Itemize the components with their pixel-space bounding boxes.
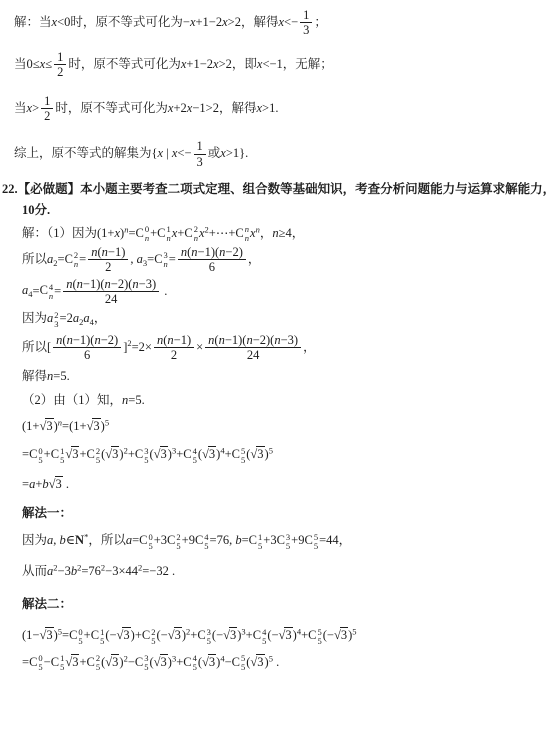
document-line: a4=C4n=n(n−1)(n−2)(n−3)24 . — [0, 277, 550, 307]
stack-subscript: n — [167, 234, 171, 243]
stack-subscript: 5 — [204, 542, 208, 551]
script-base: C — [232, 447, 240, 461]
math-variable: n — [181, 245, 187, 259]
stacked-scripts: 0n — [145, 225, 149, 243]
scripted-variable: a23 — [47, 311, 60, 325]
superscript: 3 — [172, 653, 176, 663]
binomial-coefficient: C35 — [135, 655, 150, 669]
math-variable: n — [167, 333, 173, 347]
math-variable: x — [168, 100, 174, 114]
math-variable: n — [122, 393, 128, 407]
math-variable: x — [27, 100, 33, 114]
stack-subscript: 3 — [54, 320, 58, 329]
script-base: C — [232, 655, 240, 669]
stack-subscript: 5 — [241, 456, 245, 465]
script-base: a — [47, 311, 53, 325]
fraction-denominator: 24 — [205, 348, 301, 362]
math-variable: b — [60, 533, 66, 547]
fraction: 12 — [41, 94, 53, 124]
superscript: 2 — [127, 338, 131, 348]
stack-subscript: 5 — [38, 456, 42, 465]
binomial-coefficient: C55 — [232, 447, 247, 461]
math-variable: n — [132, 277, 138, 291]
superscript: 2 — [205, 224, 209, 234]
script-base: C — [65, 252, 73, 266]
radicand: 3 — [71, 654, 79, 669]
document-line: (1+√3)n=(1+√3)5 — [0, 418, 550, 434]
superscript: n — [256, 224, 260, 234]
math-variable: n — [219, 245, 225, 259]
script-base: C — [29, 655, 37, 669]
stacked-scripts: 3n — [164, 251, 168, 269]
stack-subscript: 5 — [144, 456, 148, 465]
document-line: 解法二： — [0, 596, 550, 612]
superscript: 3 — [241, 627, 245, 637]
sqrt-expression: √3 — [49, 477, 63, 491]
binomial-coefficient: C05 — [139, 533, 154, 547]
sqrt-expression: √3 — [250, 447, 264, 461]
stacked-scripts: 45 — [193, 447, 197, 465]
document-line: 解：（1）因为(1+x)n=C0n+C1nx+C2nx2+⋯+Cnnxn，n≥4… — [0, 225, 550, 243]
math-variable: x — [220, 146, 226, 160]
stacked-scripts: 45 — [193, 654, 197, 672]
binomial-coefficient: C15 — [51, 447, 66, 461]
script-base: C — [249, 533, 257, 547]
radicand: 3 — [208, 446, 216, 461]
superscript: n — [58, 417, 62, 427]
math-variable: x — [257, 57, 263, 71]
binomial-coefficient: C45 — [183, 655, 198, 669]
stack-subscript: 5 — [60, 456, 64, 465]
binomial-coefficient: C05 — [69, 628, 84, 642]
fraction-denominator: 2 — [88, 260, 128, 274]
radicand: 3 — [111, 654, 119, 669]
superscript: 5 — [105, 417, 109, 427]
script-base: C — [167, 533, 175, 547]
stacked-scripts: 05 — [78, 628, 82, 646]
sqrt-expression: √3 — [334, 628, 348, 642]
math-variable: n — [56, 333, 62, 347]
stack-subscript: 5 — [176, 542, 180, 551]
sqrt-expression: √3 — [65, 655, 79, 669]
binomial-coefficient: C25 — [87, 655, 102, 669]
math-variable: x — [181, 57, 187, 71]
stacked-scripts: nn — [245, 225, 249, 243]
script-base: C — [157, 226, 165, 240]
script-base: C — [195, 533, 203, 547]
math-variable: x — [40, 57, 46, 71]
fraction-denominator: 2 — [41, 109, 53, 123]
superscript: 2 — [138, 562, 142, 572]
scripted-variable: b2 — [71, 564, 82, 578]
script-base: C — [183, 447, 191, 461]
stacked-scripts: 25 — [176, 533, 180, 551]
fraction-numerator: 1 — [41, 94, 53, 109]
radicand: 3 — [92, 418, 100, 433]
superscript: 3 — [172, 446, 176, 456]
stacked-scripts: 55 — [318, 628, 322, 646]
stacked-scripts: 25 — [151, 628, 155, 646]
stacked-scripts: 35 — [144, 654, 148, 672]
radicand: 3 — [229, 627, 237, 642]
radicand: 3 — [256, 446, 264, 461]
script-base: C — [304, 533, 312, 547]
math-variable: n — [208, 333, 214, 347]
binomial-coefficient: C35 — [197, 628, 212, 642]
script-base: C — [184, 226, 192, 240]
binomial-coefficient: C4n — [40, 283, 55, 297]
sqrt-expression: √3 — [279, 628, 293, 642]
fraction-denominator: 3 — [194, 155, 206, 169]
script-base: C — [91, 628, 99, 642]
stack-subscript: n — [245, 234, 249, 243]
superscript: 4 — [220, 653, 224, 663]
binomial-coefficient: C25 — [167, 533, 182, 547]
sqrt-expression: √3 — [39, 628, 53, 642]
script-base: C — [308, 628, 316, 642]
stack-subscript: 5 — [258, 542, 262, 551]
math-variable: x — [213, 57, 219, 71]
document-line: 从而a2−3b2=762−3×442=−32 . — [0, 563, 550, 579]
sqrt-expression: √3 — [87, 419, 101, 433]
fraction-numerator: 1 — [300, 8, 312, 23]
binomial-coefficient: C45 — [183, 447, 198, 461]
stacked-scripts: 15 — [258, 533, 262, 551]
document-line: 因为a, b∈N*，所以a=C05+3C25+9C45=76, b=C15+3C… — [0, 532, 550, 550]
radicand: 3 — [122, 627, 130, 642]
radicand: 3 — [160, 654, 168, 669]
stack-subscript: 5 — [193, 456, 197, 465]
script-base: C — [135, 447, 143, 461]
stack-subscript: 5 — [318, 637, 322, 646]
binomial-coefficient: C05 — [29, 447, 44, 461]
math-variable: n — [47, 369, 53, 383]
stack-subscript: 5 — [60, 663, 64, 672]
fraction-numerator: n(n−1)(n−2)(n−3) — [63, 277, 159, 292]
script-base: C — [87, 655, 95, 669]
superscript: 4 — [220, 446, 224, 456]
stacked-scripts: 05 — [38, 447, 42, 465]
fraction-denominator: 2 — [154, 348, 194, 362]
stack-subscript: 5 — [78, 637, 82, 646]
sqrt-expression: √3 — [117, 628, 131, 642]
subscript: 3 — [143, 258, 147, 268]
binomial-coefficient: C55 — [304, 533, 319, 547]
document-line: 10分. — [0, 202, 550, 218]
math-variable: x — [190, 15, 196, 29]
document-line: 当0≤x≤12时，原不等式可化为x+1−2x>2，即x<−1，无解； — [0, 50, 550, 80]
math-variable: x — [114, 226, 120, 240]
fraction: n(n−1)(n−2)6 — [53, 333, 121, 363]
fraction: n(n−1)(n−2)(n−3)24 — [63, 277, 159, 307]
binomial-coefficient: C3n — [154, 252, 169, 266]
sqrt-expression: √3 — [250, 655, 264, 669]
sqrt-expression: √3 — [105, 655, 119, 669]
math-variable: n — [102, 245, 108, 259]
stack-subscript: 5 — [100, 637, 104, 646]
stacked-scripts: 23 — [54, 311, 58, 329]
radicand: 3 — [284, 627, 292, 642]
binomial-coefficient: C15 — [249, 533, 264, 547]
document-line: 解：当x<0时，原不等式可化为−x+1−2x>2，解得x<−13； — [0, 8, 550, 38]
binomial-coefficient: C15 — [91, 628, 106, 642]
sqrt-expression: √3 — [39, 419, 53, 433]
stacked-scripts: 15 — [100, 628, 104, 646]
stacked-scripts: 05 — [38, 654, 42, 672]
scripted-variable: a2 — [73, 311, 84, 325]
document-line: 所以a2=C2n=n(n−1)2, a3=C3n=n(n−1)(n−2)6， — [0, 245, 550, 275]
math-variable: x — [52, 15, 58, 29]
radicand: 3 — [111, 446, 119, 461]
binomial-coefficient: C45 — [195, 533, 210, 547]
stack-subscript: 5 — [314, 542, 318, 551]
stack-subscript: 5 — [262, 637, 266, 646]
binomial-coefficient: C35 — [135, 447, 150, 461]
superscript: 5 — [269, 653, 273, 663]
sqrt-expression: √3 — [202, 655, 216, 669]
binomial-coefficient: Cnn — [235, 226, 250, 240]
radicand: 3 — [208, 654, 216, 669]
binomial-coefficient: C25 — [142, 628, 157, 642]
superscript: 2 — [186, 627, 190, 637]
stack-subscript: 5 — [96, 663, 100, 672]
scripted-variable: a3 — [137, 252, 148, 266]
binomial-coefficient: C2n — [65, 252, 80, 266]
superscript: 2 — [101, 562, 105, 572]
math-variable: x — [172, 146, 178, 160]
fraction-denominator: 6 — [178, 260, 246, 274]
document-line: (1−√3)5=C05+C15(−√3)+C25(−√3)2+C35(−√3)3… — [0, 627, 550, 645]
superscript: 2 — [53, 562, 57, 572]
script-base: C — [235, 226, 243, 240]
document-line: =C05+C15√3+C25(√3)2+C35(√3)3+C45(√3)4+C5… — [0, 446, 550, 464]
math-variable: x — [222, 15, 228, 29]
fraction: n(n−1)(n−2)6 — [178, 245, 246, 275]
stack-subscript: 5 — [286, 542, 290, 551]
scripted-variable: a2 — [47, 564, 58, 578]
stacked-scripts: 35 — [286, 533, 290, 551]
script-base: C — [40, 283, 48, 297]
stacked-scripts: 35 — [207, 628, 211, 646]
sqrt-expression: √3 — [168, 628, 182, 642]
subscript: 2 — [53, 258, 57, 268]
superscript: 2 — [124, 653, 128, 663]
script-base: C — [87, 447, 95, 461]
math-solution-document: 解：当x<0时，原不等式可化为−x+1−2x>2，解得x<−13；当0≤x≤12… — [0, 0, 554, 741]
binomial-coefficient: C1n — [157, 226, 172, 240]
radicand: 3 — [71, 446, 79, 461]
fraction-numerator: n(n−1)(n−2)(n−3) — [205, 333, 301, 348]
binomial-coefficient: C15 — [51, 655, 66, 669]
script-base: C — [183, 655, 191, 669]
stacked-scripts: 2n — [194, 225, 198, 243]
fraction-denominator: 2 — [54, 65, 66, 79]
stacked-scripts: 55 — [314, 533, 318, 551]
math-variable: x — [256, 100, 262, 114]
fraction: n(n−1)(n−2)(n−3)24 — [205, 333, 301, 363]
script-base: C — [69, 628, 77, 642]
superscript: * — [84, 532, 88, 542]
stack-subscript: 5 — [241, 663, 245, 672]
radicand: 3 — [45, 418, 53, 433]
stack-subscript: 5 — [148, 542, 152, 551]
superscript: 5 — [58, 627, 62, 637]
stack-subscript: n — [164, 260, 168, 269]
stacked-scripts: 55 — [241, 654, 245, 672]
document-line: =C05−C15√3+C25(√3)2−C35(√3)3+C45(√3)4−C5… — [0, 654, 550, 672]
fraction: n(n−1)2 — [88, 245, 128, 275]
binomial-coefficient: C0n — [136, 226, 151, 240]
sqrt-expression: √3 — [202, 447, 216, 461]
superscript: 5 — [352, 627, 356, 637]
math-variable: n — [91, 245, 97, 259]
fraction: n(n−1)2 — [154, 333, 194, 363]
script-base: C — [139, 533, 147, 547]
scripted-variable: a4 — [83, 311, 94, 325]
stack-subscript: 5 — [38, 663, 42, 672]
stacked-scripts: 4n — [49, 283, 53, 301]
stacked-scripts: 55 — [241, 447, 245, 465]
stacked-scripts: 45 — [262, 628, 266, 646]
math-variable: n — [58, 417, 62, 427]
binomial-coefficient: C2n — [184, 226, 199, 240]
math-variable: x — [158, 146, 164, 160]
sqrt-expression: √3 — [65, 447, 79, 461]
fraction: 13 — [194, 139, 206, 169]
stacked-scripts: 1n — [167, 225, 171, 243]
sqrt-expression: √3 — [154, 447, 168, 461]
math-variable: n — [66, 277, 72, 291]
sqrt-expression: √3 — [154, 655, 168, 669]
superscript: 5 — [269, 446, 273, 456]
scripted-variable: a4 — [22, 283, 33, 297]
document-line: 当x>12时，原不等式可化为x+2x−1>2，解得x>1. — [0, 94, 550, 124]
radicand: 3 — [174, 627, 182, 642]
document-line: 解得n=5. — [0, 368, 550, 384]
binomial-coefficient: C45 — [253, 628, 268, 642]
script-base: C — [51, 655, 59, 669]
subscript: 4 — [28, 289, 32, 299]
fraction-denominator: 24 — [63, 292, 159, 306]
sqrt-expression: √3 — [105, 447, 119, 461]
script-base: C — [253, 628, 261, 642]
stack-subscript: 5 — [207, 637, 211, 646]
stacked-scripts: 2n — [74, 251, 78, 269]
document-line: 22.【必做题】本小题主要考查二项式定理、组合数等基础知识，考查分析问题能力与运… — [0, 181, 550, 197]
sqrt-expression: √3 — [223, 628, 237, 642]
math-variable: n — [124, 224, 128, 234]
fraction-denominator: 6 — [53, 348, 121, 362]
radicand: 3 — [45, 627, 53, 642]
superscript: 4 — [297, 627, 301, 637]
math-variable: n — [67, 333, 73, 347]
script-base: C — [154, 252, 162, 266]
stacked-scripts: 35 — [144, 447, 148, 465]
fraction-numerator: n(n−1) — [154, 333, 194, 348]
stack-subscript: 5 — [193, 663, 197, 672]
math-variable: b — [235, 533, 241, 547]
script-base: C — [197, 628, 205, 642]
script-base: C — [29, 447, 37, 461]
document-line: 综上，原不等式的解集为{x | x<−13或x>1}. — [0, 139, 550, 169]
script-base: C — [142, 628, 150, 642]
radicand: 3 — [256, 654, 264, 669]
fraction: 12 — [54, 50, 66, 80]
math-variable: a — [47, 533, 53, 547]
script-base: C — [135, 655, 143, 669]
fraction-numerator: n(n−1)(n−2) — [53, 333, 121, 348]
math-variable: n — [191, 245, 197, 259]
binomial-coefficient: C35 — [277, 533, 292, 547]
fraction-numerator: n(n−1) — [88, 245, 128, 260]
stack-subscript: n — [194, 234, 198, 243]
document-line: （2）由（1）知，n=5. — [0, 392, 550, 408]
document-line: 因为a23=2a2a4， — [0, 310, 550, 328]
math-variable: x — [278, 15, 284, 29]
document-line: =a+b√3 . — [0, 476, 550, 492]
document-line: 解法一： — [0, 505, 550, 521]
stacked-scripts: 45 — [204, 533, 208, 551]
math-variable: n — [274, 333, 280, 347]
fraction-denominator: 3 — [300, 23, 312, 37]
script-base: C — [51, 447, 59, 461]
math-variable: n — [272, 226, 278, 240]
math-variable: a — [126, 533, 132, 547]
document-line: 所以[n(n−1)(n−2)6]2=2×n(n−1)2×n(n−1)(n−2)(… — [0, 333, 550, 363]
binomial-coefficient: C25 — [87, 447, 102, 461]
scripted-variable: a2 — [47, 252, 58, 266]
radicand: 3 — [340, 627, 348, 642]
math-variable: n — [246, 333, 252, 347]
script-base: C — [277, 533, 285, 547]
stack-subscript: 5 — [151, 637, 155, 646]
stacked-scripts: 15 — [60, 654, 64, 672]
math-variable: n — [77, 277, 83, 291]
superscript: 2 — [77, 562, 81, 572]
binomial-coefficient: C55 — [308, 628, 323, 642]
math-variable: n — [219, 333, 225, 347]
stack-subscript: 5 — [96, 456, 100, 465]
fraction: 13 — [300, 8, 312, 38]
fraction-numerator: n(n−1)(n−2) — [178, 245, 246, 260]
stacked-scripts: 05 — [148, 533, 152, 551]
math-variable: a — [29, 477, 35, 491]
superscript: n — [124, 224, 128, 234]
math-variable: x — [187, 100, 193, 114]
radicand: 3 — [160, 446, 168, 461]
fraction-numerator: 1 — [54, 50, 66, 65]
stacked-scripts: 25 — [96, 654, 100, 672]
fraction-numerator: 1 — [194, 139, 206, 154]
stacked-scripts: 25 — [96, 447, 100, 465]
radicand: 3 — [55, 476, 63, 491]
stack-subscript: 5 — [144, 663, 148, 672]
bold-symbol: N — [75, 533, 84, 547]
stack-subscript: n — [49, 292, 53, 301]
stacked-scripts: 15 — [60, 447, 64, 465]
stack-subscript: n — [74, 260, 78, 269]
stack-subscript: n — [145, 234, 149, 243]
math-variable: n — [256, 224, 260, 234]
superscript: 2 — [124, 446, 128, 456]
math-variable: x — [172, 226, 178, 240]
math-variable: n — [105, 277, 111, 291]
subscript: 4 — [90, 317, 94, 327]
math-variable: n — [94, 333, 100, 347]
binomial-coefficient: C05 — [29, 655, 44, 669]
math-variable: n — [157, 333, 163, 347]
binomial-coefficient: C55 — [232, 655, 247, 669]
